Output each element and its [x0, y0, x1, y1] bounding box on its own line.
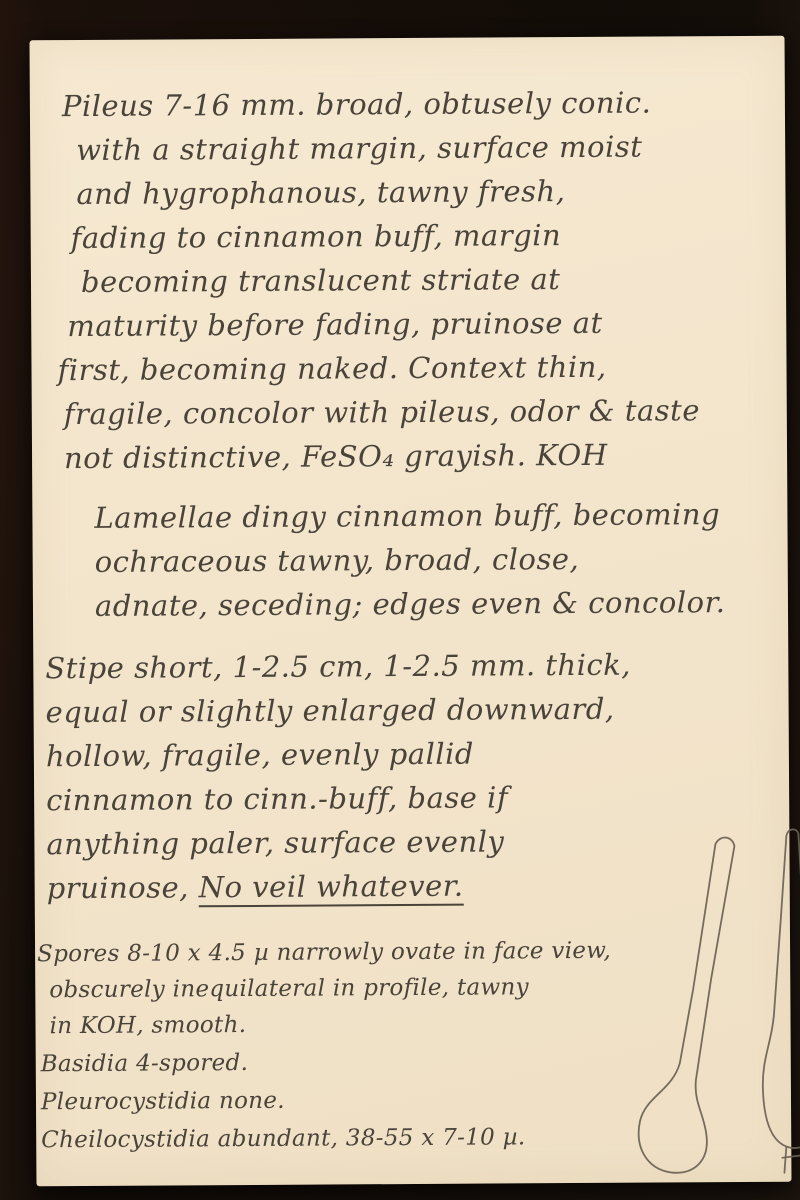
handwritten-line: Basidia 4-spored.: [41, 1042, 781, 1083]
handwritten-line: and hygrophanous, tawny fresh,: [62, 168, 775, 216]
handwritten-line: Stipe short, 1-2.5 cm, 1-2.5 mm. thick,: [45, 642, 778, 690]
handwritten-line: Cheilocystidia abundant, 38-55 x 7-10 µ.: [41, 1118, 781, 1159]
handwritten-line: Pileus 7-16 mm. broad, obtusely conic.: [62, 80, 775, 128]
paragraph-stipe: Stipe short, 1-2.5 cm, 1-2.5 mm. thick, …: [45, 642, 780, 910]
paragraph-pleurocystidia: Pleurocystidia none.: [41, 1080, 781, 1121]
handwritten-line: maturity before fading, pruinose at: [63, 300, 776, 348]
handwritten-line: obscurely inequilateral in profile, tawn…: [37, 968, 780, 1009]
handwritten-line-no-veil: pruinose, No veil whatever.: [47, 862, 780, 910]
handwritten-line: becoming translucent striate at: [63, 256, 776, 304]
note-card: Pileus 7-16 mm. broad, obtusely conic. w…: [30, 36, 792, 1187]
handwritten-line: with a straight margin, surface moist: [62, 124, 775, 172]
handwritten-line: ochraceous tawny, broad, close,: [95, 536, 778, 584]
handwritten-line: equal or slightly enlarged downward,: [45, 686, 778, 734]
paragraph-cheilocystidia: Cheilocystidia abundant, 38-55 x 7-10 µ.: [41, 1118, 781, 1159]
line-prefix: pruinose,: [47, 870, 199, 905]
paragraph-pileus: Pileus 7-16 mm. broad, obtusely conic. w…: [62, 80, 777, 480]
handwritten-line: fragile, concolor with pileus, odor & ta…: [64, 388, 777, 436]
handwritten-line: hollow, fragile, evenly pallid: [46, 730, 779, 778]
handwritten-line: first, becoming naked. Context thin,: [63, 344, 776, 392]
handwritten-line: cinnamon to cinn.-buff, base if: [46, 774, 779, 822]
handwritten-line: Lamellae dingy cinnamon buff, becoming: [94, 492, 777, 540]
handwritten-line: not distinctive, FeSO₄ grayish. KOH: [64, 432, 777, 480]
handwritten-line: Spores 8-10 x 4.5 µ narrowly ovate in fa…: [37, 932, 780, 973]
paragraph-spores: Spores 8-10 x 4.5 µ narrowly ovate in fa…: [37, 932, 781, 1045]
handwritten-line: adnate, seceding; edges even & concolor.: [95, 580, 778, 628]
underlined-phrase: No veil whatever.: [199, 869, 464, 908]
paragraph-basidia: Basidia 4-spored.: [41, 1042, 781, 1083]
handwritten-line: fading to cinnamon buff, margin: [63, 212, 776, 260]
handwritten-line: in KOH, smooth.: [37, 1004, 780, 1045]
paragraph-lamellae: Lamellae dingy cinnamon buff, becoming o…: [49, 492, 778, 628]
handwritten-line: anything paler, surface evenly: [46, 818, 779, 866]
handwritten-line: Pleurocystidia none.: [41, 1080, 781, 1121]
photo-background: Pileus 7-16 mm. broad, obtusely conic. w…: [0, 0, 800, 1200]
